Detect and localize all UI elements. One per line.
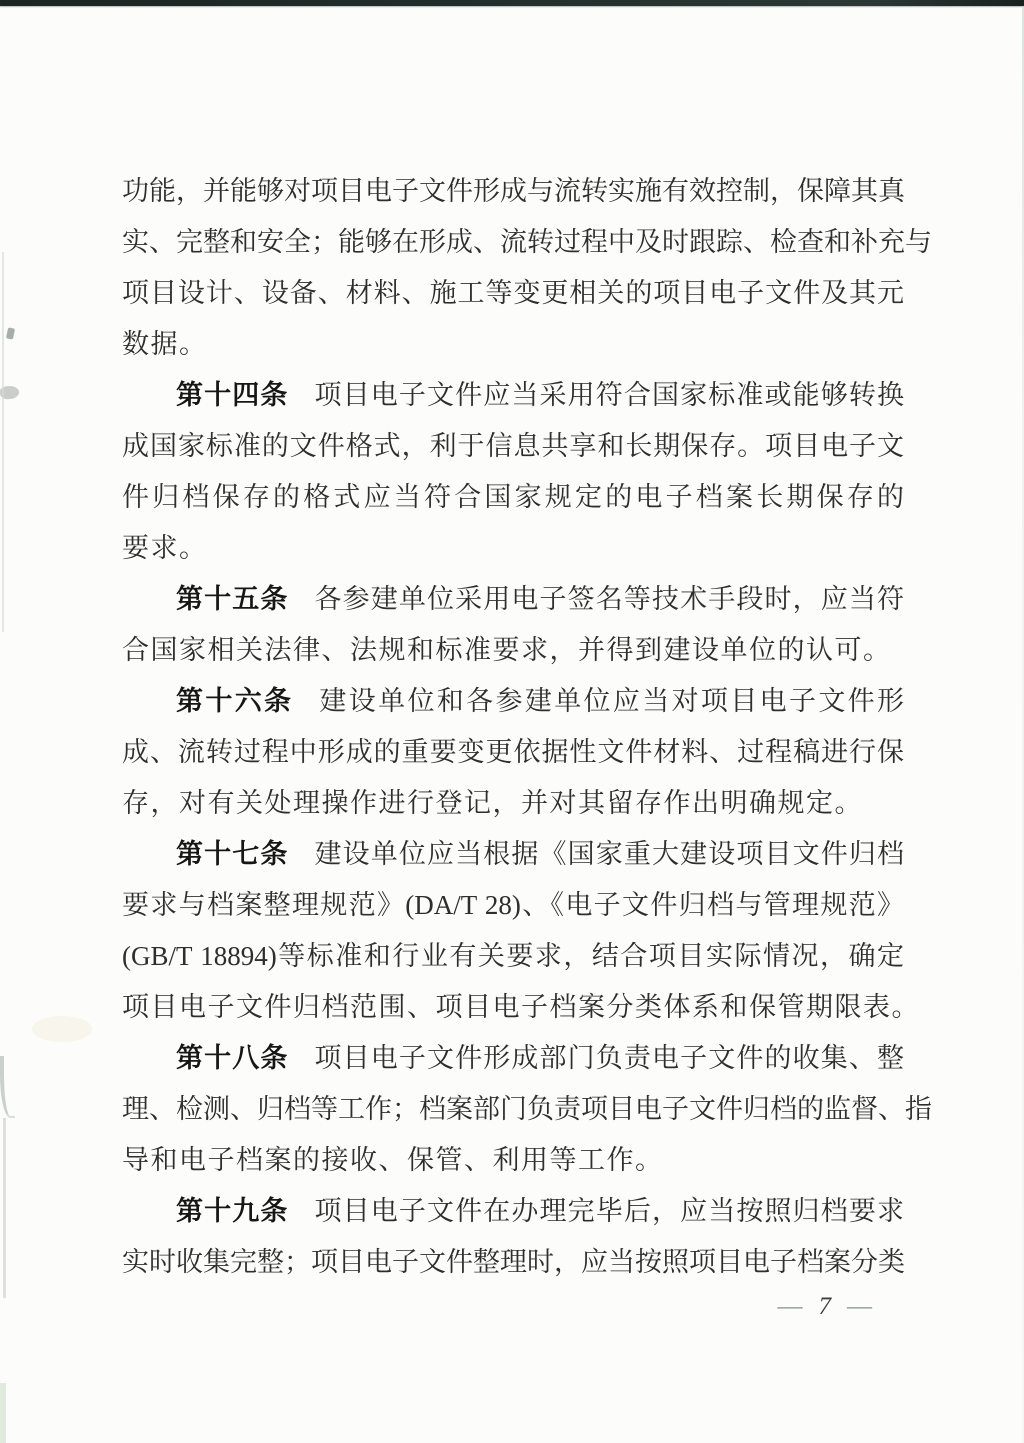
article-text: 建设单位和各参建单位应当对项目电子文件形: [319, 686, 904, 716]
text-line: 合国家相关法律、法规和标准要求，并得到建设单位的认可。: [122, 625, 904, 676]
article-line: 第十六条建设单位和各参建单位应当对项目电子文件形: [122, 676, 904, 727]
text-line: (GB/T 18894)等标准和行业有关要求，结合项目实际情况，确定: [122, 931, 904, 982]
article-text: 各参建单位采用电子签名等技术手段时，应当符: [315, 584, 905, 614]
footer-left-dash: —: [778, 1293, 803, 1320]
article-line: 第十八条项目电子文件形成部门负责电子文件的收集、整: [122, 1033, 904, 1084]
article-text: 项目电子文件形成部门负责电子文件的收集、整: [315, 1043, 905, 1073]
article-number: 第十八条: [176, 1043, 289, 1073]
text-line: 成、流转过程中形成的重要变更依据性文件材料、过程稿进行保: [122, 727, 904, 778]
text-line: 项目电子文件归档范围、项目电子档案分类体系和保管期限表。: [122, 982, 904, 1033]
text-line: 件归档保存的格式应当符合国家规定的电子档案长期保存的: [122, 472, 904, 523]
scanner-edge-bar: [0, 0, 1024, 6]
footer-right-dash: —: [847, 1293, 872, 1320]
scan-artifact-smudge: [0, 385, 20, 401]
article-line: 第十五条各参建单位采用电子签名等技术手段时，应当符: [122, 574, 904, 625]
scan-artifact-paper-tint: [32, 1016, 92, 1042]
page-number: 7: [819, 1293, 832, 1320]
article-number: 第十四条: [176, 380, 289, 410]
article-number: 第十六条: [176, 686, 293, 716]
scan-artifact-speck: [6, 327, 15, 339]
scan-artifact-hook: [0, 1056, 15, 1118]
article-line: 第十九条项目电子文件在办理完毕后，应当按照归档要求: [122, 1186, 904, 1237]
scanned-page: { "colors": { "page-bg": "#fcfcfa", "ink…: [0, 0, 1024, 1443]
document-lines: 功能，并能够对项目电子文件形成与流转实施有效控制，保障其真实、完整和安全；能够在…: [122, 166, 904, 1288]
document-body: 功能，并能够对项目电子文件形成与流转实施有效控制，保障其真实、完整和安全；能够在…: [122, 166, 904, 1288]
text-line: 项目设计、设备、材料、施工等变更相关的项目电子文件及其元: [122, 268, 904, 319]
article-number: 第十七条: [176, 839, 289, 869]
text-line: 实时收集完整；项目电子文件整理时，应当按照项目电子档案分类: [122, 1237, 904, 1288]
article-text: 建设单位应当根据《国家重大建设项目文件归档: [315, 839, 905, 869]
article-number: 第十五条: [176, 584, 289, 614]
article-text: 项目电子文件应当采用符合国家标准或能够转换: [315, 380, 905, 410]
text-line: 数据。: [122, 319, 904, 370]
text-line: 实、完整和安全；能够在形成、流转过程中及时跟踪、检查和补充与: [122, 217, 904, 268]
text-line: 理、检测、归档等工作；档案部门负责项目电子文件归档的监督、指: [122, 1084, 904, 1135]
article-number: 第十九条: [176, 1196, 289, 1226]
text-line: 功能，并能够对项目电子文件形成与流转实施有效控制，保障其真: [122, 166, 904, 217]
scan-artifact-corner-tint: [0, 1383, 6, 1443]
text-line: 要求。: [122, 523, 904, 574]
text-line: 导和电子档案的接收、保管、利用等工作。: [122, 1135, 904, 1186]
article-line: 第十七条建设单位应当根据《国家重大建设项目文件归档: [122, 829, 904, 880]
article-line: 第十四条项目电子文件应当采用符合国家标准或能够转换: [122, 370, 904, 421]
article-text: 项目电子文件在办理完毕后，应当按照归档要求: [315, 1196, 905, 1226]
scan-artifact-streak: [3, 1118, 6, 1298]
text-line: 成国家标准的文件格式，利于信息共享和长期保存。项目电子文: [122, 421, 904, 472]
text-line: 存，对有关处理操作进行登记，并对其留存作出明确规定。: [122, 778, 904, 829]
page-footer: —7—: [0, 1292, 1024, 1322]
scan-artifact-streak: [2, 252, 4, 632]
text-line: 要求与档案整理规范》(DA/T 28)、《电子文件归档与管理规范》: [122, 880, 904, 931]
